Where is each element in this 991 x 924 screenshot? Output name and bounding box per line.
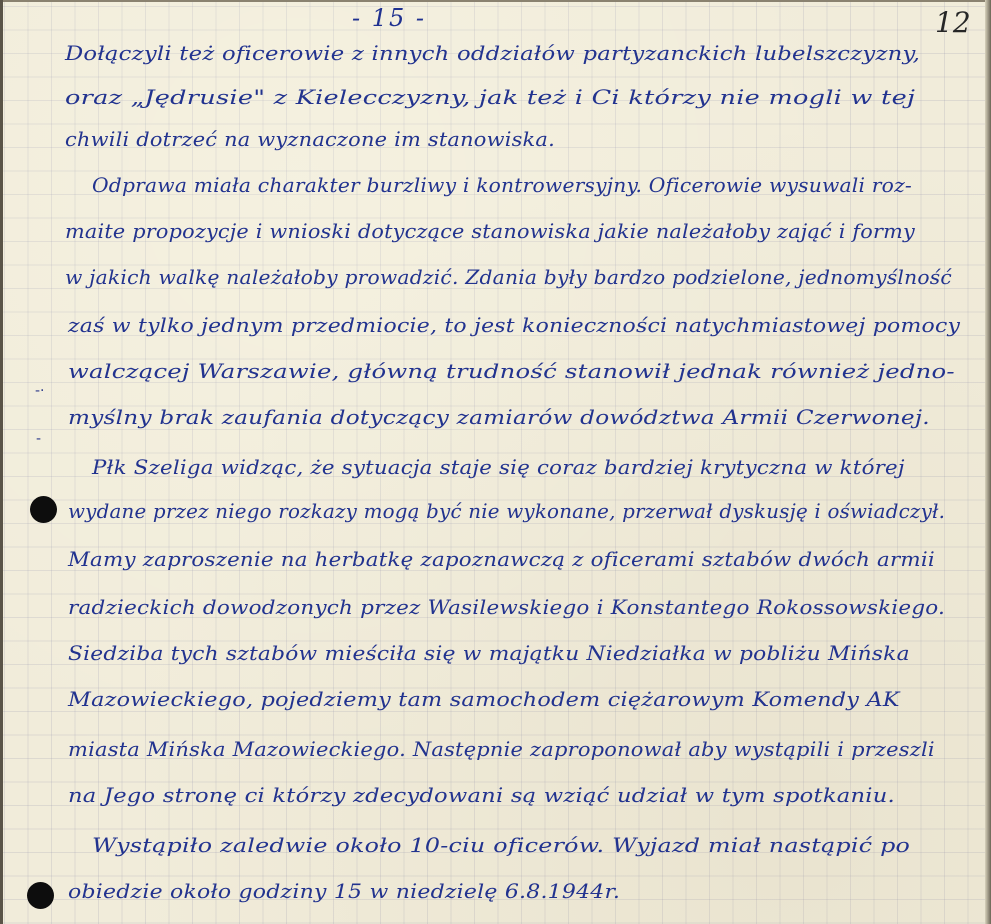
text-line: oraz „Jędrusie" z Kielecczyzny, jak też … [65,86,915,109]
page-right-edge [985,0,991,924]
document-page: - 15 - 12 -· - Dołączyli też oficerowie … [0,0,991,924]
text-line: na Jego stronę ci którzy zdecydowani są … [68,784,895,807]
text-line: Wystąpiło zaledwie około 10-ciu oficerów… [92,834,910,857]
text-line: obiedzie około godziny 15 w niedzielę 6.… [68,880,620,903]
page-number: - 15 - [352,4,426,32]
text-line: Płk Szeliga widząc, że sytuacja staje si… [92,456,905,479]
text-line: myślny brak zaufania dotyczący zamiarów … [68,406,930,429]
text-line: zaś w tylko jednym przedmiocie, to jest … [68,314,960,337]
text-line: walczącej Warszawie, główną trudność sta… [68,360,955,383]
text-line: Mazowieckiego, pojedziemy tam samochodem… [68,688,900,711]
page-left-edge [0,0,3,924]
text-line: Mamy zaproszenie na herbatkę zapoznawczą… [68,548,935,571]
page-top-edge [0,0,991,2]
punch-hole-icon [27,882,54,909]
text-line: radzieckich dowodzonych przez Wasilewski… [68,596,945,619]
text-line: Odprawa miała charakter burzliwy i kontr… [92,174,912,197]
archive-number: 12 [935,6,971,39]
text-line: w jakich walkę należałoby prowadzić. Zda… [65,266,952,289]
margin-mark: -· [35,384,45,398]
text-line: Dołączyli też oficerowie z innych oddzia… [65,42,920,65]
punch-hole-icon [30,496,57,523]
text-line: miasta Mińska Mazowieckiego. Następnie z… [68,738,935,761]
text-line: wydane przez niego rozkazy mogą być nie … [68,500,945,523]
text-line: Siedziba tych sztabów mieściła się w maj… [68,642,910,665]
text-line: maite propozycje i wnioski dotyczące sta… [65,220,915,243]
text-line: chwili dotrzeć na wyznaczone im stanowis… [65,128,555,151]
margin-mark: - [36,432,41,446]
